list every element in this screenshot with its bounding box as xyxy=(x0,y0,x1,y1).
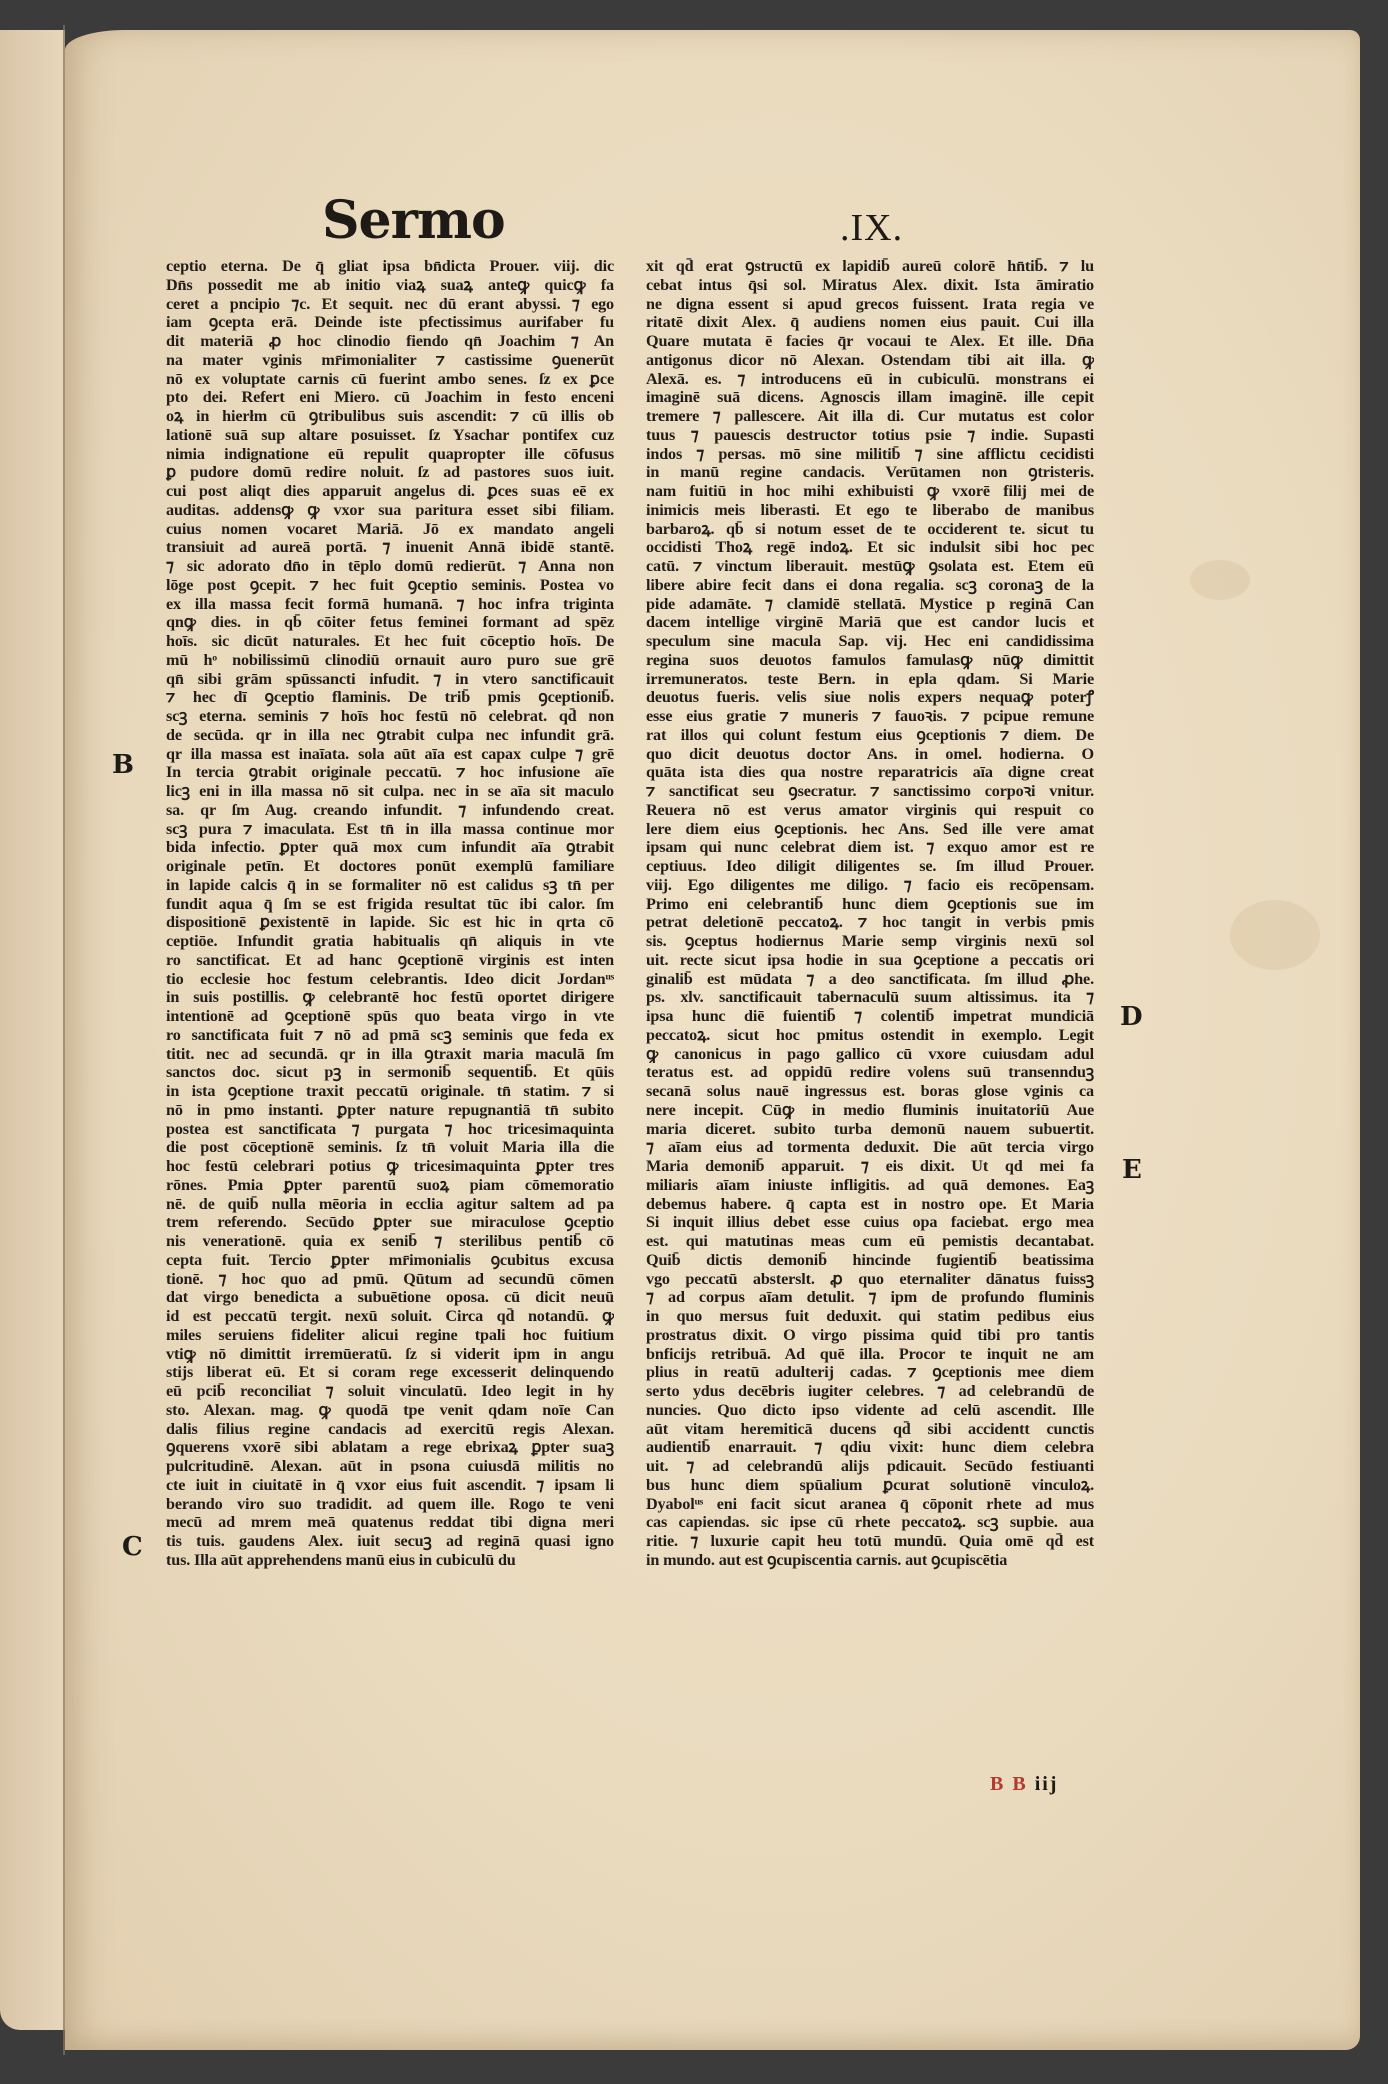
text-line: in quo mersus fuit deduxit. qui statim p… xyxy=(646,1307,1094,1326)
text-line: in mundo. aut est ꝯcupiscentia carnis. a… xyxy=(646,1551,1094,1570)
gutter-fold xyxy=(63,25,65,2055)
text-line: in manū regine candacis. Verūtamen non ꝯ… xyxy=(646,463,1094,482)
text-line: in suis postillis. ꝙ celebrantē hoc fest… xyxy=(166,988,614,1007)
text-line: tis tuis. gaudens Alex. iuit secuꝫ ad re… xyxy=(166,1532,614,1551)
text-line: quo dicit deuotus doctor Ans. in omel. h… xyxy=(646,745,1094,764)
text-line: scꝫ pura ⁊ imaculata. Est tn̄ in illa ma… xyxy=(166,820,614,839)
text-line: licꝫ eni in illa massa nō sit culpa. nec… xyxy=(166,782,614,801)
text-line: vgo peccatū absterslt. ꝓ quo eternaliter… xyxy=(646,1270,1094,1289)
text-line: postea est sanctificata ⁊ purgata ⁊ hoc … xyxy=(166,1120,614,1139)
margin-letter-b: B xyxy=(112,750,134,780)
text-line: qr illa massa est inaīata. sola aūt aīa … xyxy=(166,745,614,764)
text-line: dat virgo benedicta a subuētione oposa. … xyxy=(166,1288,614,1307)
text-line: sanctos doc. sicut pꝫ in sermonib̄ seque… xyxy=(166,1063,614,1082)
text-line: sto. Alexan. mag. ꝙ quodā tpe venit qdam… xyxy=(166,1401,614,1420)
text-line: Reuera nō est verus amator virginis qui … xyxy=(646,801,1094,820)
text-line: deuotus fueris. velis siue nolis expers … xyxy=(646,688,1094,707)
text-line: teratus est. ad oppidū redire volens suū… xyxy=(646,1063,1094,1082)
text-line: occidisti Thoꝝ regē indoꝝ. Et sic induls… xyxy=(646,538,1094,557)
text-line: ⁊ aīam eius ad tormenta deduxit. Die aūt… xyxy=(646,1138,1094,1157)
text-line: ipsa hunc diē fuientib̄ ⁊ colentib̄ impe… xyxy=(646,1007,1094,1026)
text-line: fundit aqua q̄ ſm se est frigida resulta… xyxy=(166,895,614,914)
text-line: barbaroꝝ. qb̄ si notum esset de te occid… xyxy=(646,520,1094,539)
text-line: uit. recte sicut ipsa hodie in sua ꝯcept… xyxy=(646,951,1094,970)
text-line: Quare mutata ē facies q̄r vocaui te Alex… xyxy=(646,332,1094,351)
text-line: ceptio eterna. De q̄ gliat ipsa bn̄dicta… xyxy=(166,257,614,276)
text-line: oꝝ in hierłm cū ꝯtribulibus suis ascendi… xyxy=(166,407,614,426)
text-line: ex illa massa fecit formā humanā. ⁊ hoc … xyxy=(166,595,614,614)
text-line: Dn̄s possedit me ab initio viaꝝ suaꝝ ant… xyxy=(166,276,614,295)
text-line: xit qd̄ erat ꝯstructū ex lapidib̄ aureū … xyxy=(646,257,1094,276)
text-line: tus. Illa aūt apprehendens manū eius in … xyxy=(166,1551,614,1570)
text-line: transiuit ad aureā portā. ⁊ inuenit Annā… xyxy=(166,538,614,557)
text-line: maria diceret. subito turba demonū nauem… xyxy=(646,1120,1094,1139)
text-line: na mater vginis mr̄imonialiter ⁊ castiss… xyxy=(166,351,614,370)
text-line: in lapide calcis q̄ in se formaliter nō … xyxy=(166,876,614,895)
text-line: imaginē suā dicens. Agnoscis illam imagi… xyxy=(646,388,1094,407)
text-line: ne digna essent si apud grecos fuissent.… xyxy=(646,295,1094,314)
text-line: Primo eni celebrantib̄ hunc diem ꝯceptio… xyxy=(646,895,1094,914)
text-line: dalis filius regine candacis ad exercitū… xyxy=(166,1420,614,1439)
text-line: esse eius gratie ⁊ muneris ⁊ fauoꝛis. ⁊ … xyxy=(646,707,1094,726)
text-line: intentionē ad ꝯceptionē spūs quo beata v… xyxy=(166,1007,614,1026)
text-line: serto ydus decēbris iugiter celebres. ⁊ … xyxy=(646,1382,1094,1401)
text-line: rat illos qui colunt festum eius ꝯceptio… xyxy=(646,726,1094,745)
text-line: tio ecclesie hoc festum celebrantis. Ide… xyxy=(166,970,614,989)
text-line: nō ex voluptate carnis cū fuerint ambo s… xyxy=(166,370,614,389)
text-line: Si inquit illius debet esse cuius opa fa… xyxy=(646,1213,1094,1232)
text-line: ⁊ sanctificat seu ꝯsecratur. ⁊ sanctissi… xyxy=(646,782,1094,801)
text-line: nimia indignatione eū repulit quapropter… xyxy=(166,445,614,464)
text-line: iam ꝯcepta erā. Deinde iste pfectissimus… xyxy=(166,313,614,332)
running-head-sermo: Sermo xyxy=(322,190,505,251)
text-line: Dyabolᵘˢ eni facit sicut aranea q̄ cōpon… xyxy=(646,1495,1094,1514)
text-line: bus hunc diem spūalium ꝑcurat solutionē … xyxy=(646,1476,1094,1495)
text-line: id est peccatū tergit. nexū soluit. Circ… xyxy=(166,1307,614,1326)
text-line: hoīs. sic dicūt naturales. Et hec fuit c… xyxy=(166,632,614,651)
text-line: Maria demonib̄ apparuit. ⁊ eis dixit. Ut… xyxy=(646,1157,1094,1176)
text-line: pto dei. Refert eni Miero. cū Joachim in… xyxy=(166,388,614,407)
text-line: nis venerationē. quia ex senib̄ ⁊ steril… xyxy=(166,1232,614,1251)
text-line: cui post aliqt dies apparuit angelus di.… xyxy=(166,482,614,501)
text-line: qn̄ sibi grām spūssancti infudit. ⁊ in v… xyxy=(166,670,614,689)
text-line: aūt vitam heremiticā ducens qd̄ sibi acc… xyxy=(646,1420,1094,1439)
text-line: ꝑ pudore domū redire noluit. ſz ad pasto… xyxy=(166,463,614,482)
text-line: ceptiuus. Ideo diligit diligentes se. ſm… xyxy=(646,857,1094,876)
text-line: nō in pmo instanti. ꝑpter nature repugna… xyxy=(166,1101,614,1120)
text-line: audientib̄ enarrauit. ⁊ qdiu vixit: hunc… xyxy=(646,1438,1094,1457)
text-line: lere diem eius ꝯceptionis. hec Ans. Sed … xyxy=(646,820,1094,839)
text-line: ritatē dixit Alex. q̄ audiens nomen eius… xyxy=(646,313,1094,332)
text-line: ꝯquerens vxorē sibi ablatam a rege ebrix… xyxy=(166,1438,614,1457)
text-line: inimicis meis liberasti. Et ego te liber… xyxy=(646,501,1094,520)
text-line: eū pcib̄ reconciliat ⁊ soluit vinculatū.… xyxy=(166,1382,614,1401)
text-line: catū. ⁊ vinctum liberauit. mestūꝙ ꝯsolat… xyxy=(646,557,1094,576)
text-line: originale petīn. Et doctores ponūt exemp… xyxy=(166,857,614,876)
text-line: ginalib̄ est mūdata ⁊ a deo sanctificata… xyxy=(646,970,1094,989)
text-line: sis. ꝯceptus hodiernus Marie semp virgin… xyxy=(646,932,1094,951)
text-line: nuncies. Quo dicto ipso vidente ad celū … xyxy=(646,1401,1094,1420)
text-line: peccatoꝝ. sicut hoc pmitus ostendit in e… xyxy=(646,1026,1094,1045)
verso-page-edge xyxy=(0,30,65,2030)
text-line: qnꝙ dies. in qb̄ cōiter fetus feminei fo… xyxy=(166,613,614,632)
margin-letter-c: C xyxy=(122,1532,143,1562)
text-line: pulcritudinē. Alexan. aūt in psona cuius… xyxy=(166,1457,614,1476)
text-line: tionē. ⁊ hoc quo ad pmū. Qūtum ad secund… xyxy=(166,1270,614,1289)
text-line: miliaris aīam iniuste infligitis. ad quā… xyxy=(646,1176,1094,1195)
text-line: hoc festū celebrari potius ꝙ tricesimaqu… xyxy=(166,1157,614,1176)
text-line: ceret a pncipio ⁊c. Et sequit. nec dū er… xyxy=(166,295,614,314)
text-line: scꝫ eterna. seminis ⁊ hoīs hoc festū nō … xyxy=(166,707,614,726)
text-line: ⁊ sic adorato dn̄o in tēplo domū redierū… xyxy=(166,557,614,576)
signature-letters: B B xyxy=(990,1773,1028,1795)
text-line: de secūda. qr in illa nec ꝯtrabit culpa … xyxy=(166,726,614,745)
text-line: ipsam qui nunc celebrat diem ist. ⁊ exqu… xyxy=(646,838,1094,857)
text-line: die post cōceptionē seminis. ſz tn̄ volu… xyxy=(166,1138,614,1157)
text-line: cas capiendas. sic ipse cū rhete peccato… xyxy=(646,1513,1094,1532)
text-line: auditas. addensꝙ ꝙ vxor sua paritura ess… xyxy=(166,501,614,520)
text-line: cuius nomen vocaret Mariā. Jō ex mandato… xyxy=(166,520,614,539)
margin-letter-d: D xyxy=(1120,1002,1143,1032)
text-line: Quib̄ dictis demonib̄ hincinde fugientib… xyxy=(646,1251,1094,1270)
text-line: vtiꝙ nō dimittit irremūeratū. ſz si vide… xyxy=(166,1345,614,1364)
text-line: regina suos deuotos famulos famulasꝙ nūꝙ… xyxy=(646,651,1094,670)
text-line: ⁊ hec dī ꝯceptio flaminis. De trib̄ pmis… xyxy=(166,688,614,707)
text-line: In tercia ꝯtrabit originale peccatū. ⁊ h… xyxy=(166,763,614,782)
text-line: secanā solus nauē ingressus est. boras g… xyxy=(646,1082,1094,1101)
text-line: quāta ista dies qua nostre reparatricis … xyxy=(646,763,1094,782)
text-line: debemus habere. q̄ capta est in nostro o… xyxy=(646,1195,1094,1214)
text-line: cebat intus q̄si sol. Miratus Alex. dixi… xyxy=(646,276,1094,295)
text-line: lationē suā sup altare posuisset. ſz Ysa… xyxy=(166,426,614,445)
right-text-column: xit qd̄ erat ꝯstructū ex lapidib̄ aureū … xyxy=(646,257,1094,1570)
text-line: nē. de quib̄ nulla mēoria in ecclia agit… xyxy=(166,1195,614,1214)
text-line: dispositionē ꝑexistentē in lapide. Sic e… xyxy=(166,913,614,932)
text-line: libere abire fecit dans ei dona regalia.… xyxy=(646,576,1094,595)
text-line: viij. Ego diligentes me diligo. ⁊ facio … xyxy=(646,876,1094,895)
text-line: ꝙ canonicus in pago gallico cū vxore cui… xyxy=(646,1045,1094,1064)
paper-stain xyxy=(1230,900,1320,970)
text-line: tuus ⁊ pauescis destructor totius psie ⁊… xyxy=(646,426,1094,445)
running-head-folio: .IX. xyxy=(840,206,903,250)
text-line: indos ⁊ persas. mō sine militib̄ ⁊ sine … xyxy=(646,445,1094,464)
text-line: prostratus dixit. O virgo pissima quid t… xyxy=(646,1326,1094,1345)
text-line: bnficijs retribuā. Ad quē illa. Procor t… xyxy=(646,1345,1094,1364)
text-line: ro sanctificat. Et ad hanc ꝯceptionē vir… xyxy=(166,951,614,970)
text-line: speculum sine macula Sap. vij. Hec eni c… xyxy=(646,632,1094,651)
text-line: dacem intellige virginē Mariā que est ca… xyxy=(646,613,1094,632)
text-line: petrat deletionē peccatoꝝ. ⁊ hoc tangit … xyxy=(646,913,1094,932)
margin-letter-e: E xyxy=(1122,1155,1142,1185)
text-line: pide adamāte. ⁊ clamidē stellatā. Mystic… xyxy=(646,595,1094,614)
text-line: antigonus dicor nō Alexan. Ostendam tibi… xyxy=(646,351,1094,370)
text-line: ⁊ ad corpus aīam detulit. ⁊ ipm de profu… xyxy=(646,1288,1094,1307)
text-line: ro sanctificata fuit ⁊ nō ad pmā scꝫ sem… xyxy=(166,1026,614,1045)
text-line: plius in reatū adulterij cadas. ⁊ ꝯcepti… xyxy=(646,1363,1094,1382)
text-line: uit. ⁊ ad celebrandū alijs pdicauit. Sec… xyxy=(646,1457,1094,1476)
text-line: ritie. ⁊ luxurie capit heu totū mundū. Q… xyxy=(646,1532,1094,1551)
text-line: lōge post ꝯcepit. ⁊ hec fuit ꝯceptio sem… xyxy=(166,576,614,595)
text-line: berando viro suo tradidit. ad quem ille.… xyxy=(166,1495,614,1514)
text-line: dit materiā ꝓ hoc clinodio fiendo qn̄ Jo… xyxy=(166,332,614,351)
paper-stain xyxy=(1190,560,1250,600)
text-line: tremere ⁊ pallescere. Ait illa di. Cur m… xyxy=(646,407,1094,426)
text-line: mecū ad mrem meā quatenus reddat tibi di… xyxy=(166,1513,614,1532)
text-line: ceptiōe. Infundit gratia habitualis qn̄ … xyxy=(166,932,614,951)
text-line: mū hᵒ nobilissimū clinodiū ornauit auro … xyxy=(166,651,614,670)
text-line: bida infectio. ꝑpter quā mox cum infundi… xyxy=(166,838,614,857)
text-line: est. qui matutinas meas cum eū pemistis … xyxy=(646,1232,1094,1251)
text-line: in ista ꝯceptione traxit peccatū origina… xyxy=(166,1082,614,1101)
text-line: irremuneratos. teste Bern. in epla qdam.… xyxy=(646,670,1094,689)
text-line: sa. qr ſm Aug. creando infundit. ⁊ infun… xyxy=(166,801,614,820)
signature-numeral: iij xyxy=(1035,1773,1059,1795)
text-line: Alexā. es. ⁊ introducens eū in cubiculū.… xyxy=(646,370,1094,389)
text-line: cepta fuit. Tercio ꝑpter mr̄imonialis ꝯc… xyxy=(166,1251,614,1270)
left-text-column: ceptio eterna. De q̄ gliat ipsa bn̄dicta… xyxy=(166,257,614,1570)
text-line: stijs liberat eū. Et si coram rege exces… xyxy=(166,1363,614,1382)
text-line: ps. xlv. sanctificauit tabernaculū suum … xyxy=(646,988,1094,1007)
signature-mark: B B iij xyxy=(990,1773,1058,1796)
text-line: rōnes. Pmia ꝑpter parentū suoꝝ piam cōme… xyxy=(166,1176,614,1195)
text-line: nam fuitiū in hoc mihi exhibuisti ꝙ vxor… xyxy=(646,482,1094,501)
text-line: nere incepit. Cūꝙ in medio fluminis inui… xyxy=(646,1101,1094,1120)
text-line: trem referendo. Secūdo ꝑpter sue miracul… xyxy=(166,1213,614,1232)
text-line: titit. nec ad secundā. qr in illa ꝯtraxi… xyxy=(166,1045,614,1064)
text-line: cte iuit in ciuitatē in q̄ vxor eius fui… xyxy=(166,1476,614,1495)
text-line: miles seruiens fideliter alicui regine t… xyxy=(166,1326,614,1345)
